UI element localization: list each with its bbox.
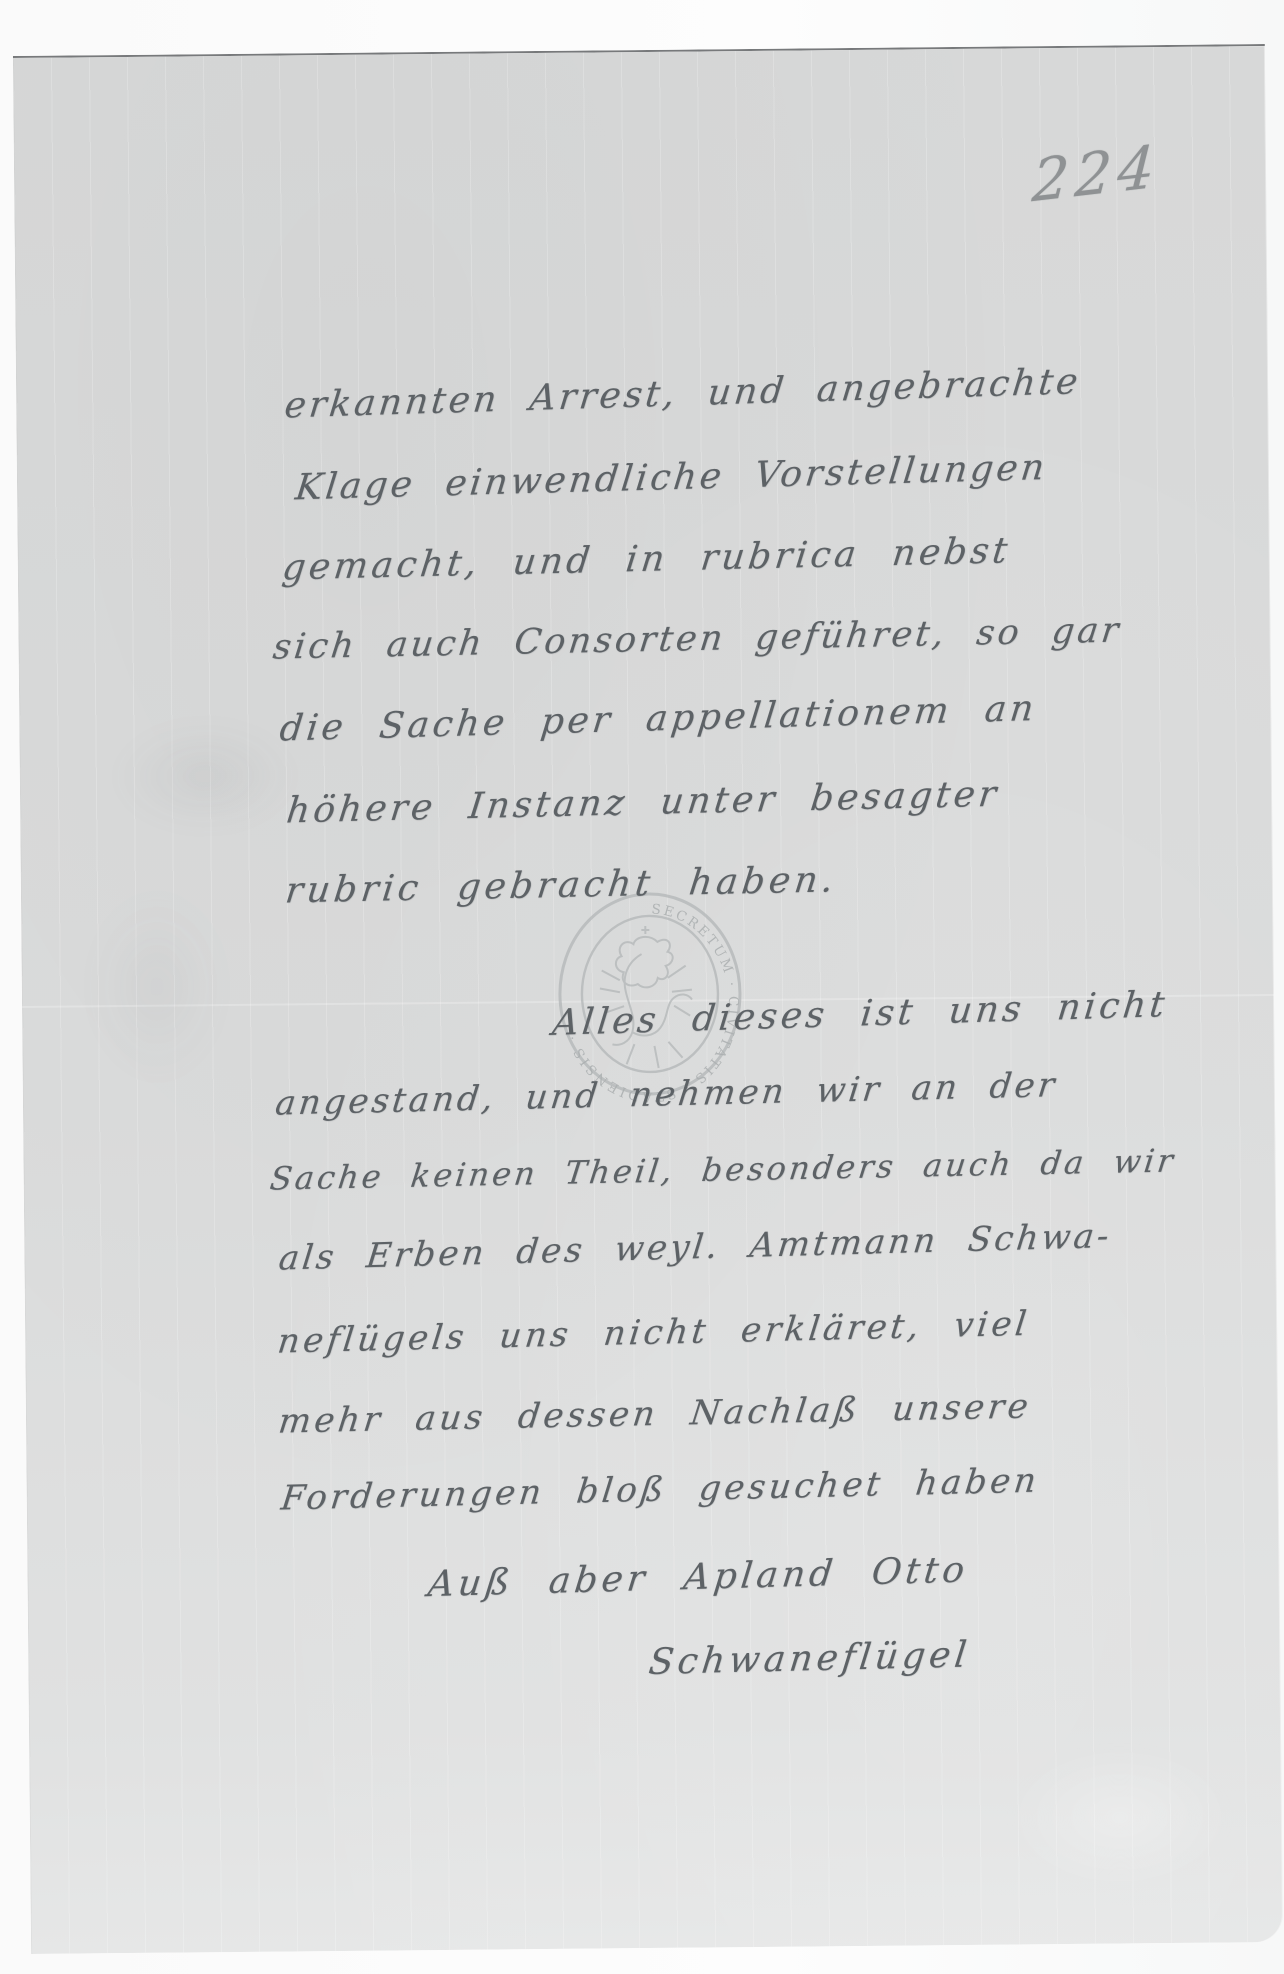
text-line: rubric gebracht haben. xyxy=(283,859,839,911)
signature-line: Schwaneflügel xyxy=(647,1634,973,1683)
text-line: Auß aber Apland Otto xyxy=(426,1550,971,1606)
text-line: erkannten Arrest, und angebrachte xyxy=(282,361,1082,426)
text-line: mehr aus dessen Nachlaß unsere xyxy=(276,1386,1033,1441)
paper-sheet: 224 SECRETUM · CIVITATIS · STADIENSIS · … xyxy=(13,44,1283,1954)
text-line: als Erben des weyl. Amtmann Schwa- xyxy=(277,1216,1114,1279)
text-line: neflügels uns nicht erkläret, viel xyxy=(275,1304,1031,1362)
text-line: angestand, und nehmen wir an der xyxy=(273,1065,1059,1123)
text-line: Klage einwendliche Vorstellungen xyxy=(293,447,1049,508)
text-line: die Sache per appellationem an xyxy=(278,688,1039,749)
text-line: gemacht, und in rubrica nebst xyxy=(280,530,1013,588)
text-line: Forderungen bloß gesuchet haben xyxy=(279,1461,1042,1519)
scan-background: 224 SECRETUM · CIVITATIS · STADIENSIS · … xyxy=(0,0,1284,1974)
text-line: Alles dieses ist uns nicht xyxy=(550,984,1170,1044)
text-line: sich auch Consorten geführet, so gar xyxy=(271,611,1124,668)
text-line: höhere Instanz unter besagter xyxy=(284,774,1001,832)
manuscript-text-block: erkannten Arrest, und angebrachteKlage e… xyxy=(13,46,1283,1954)
text-line: Sache keinen Theil, besonders auch da wi… xyxy=(268,1141,1178,1197)
